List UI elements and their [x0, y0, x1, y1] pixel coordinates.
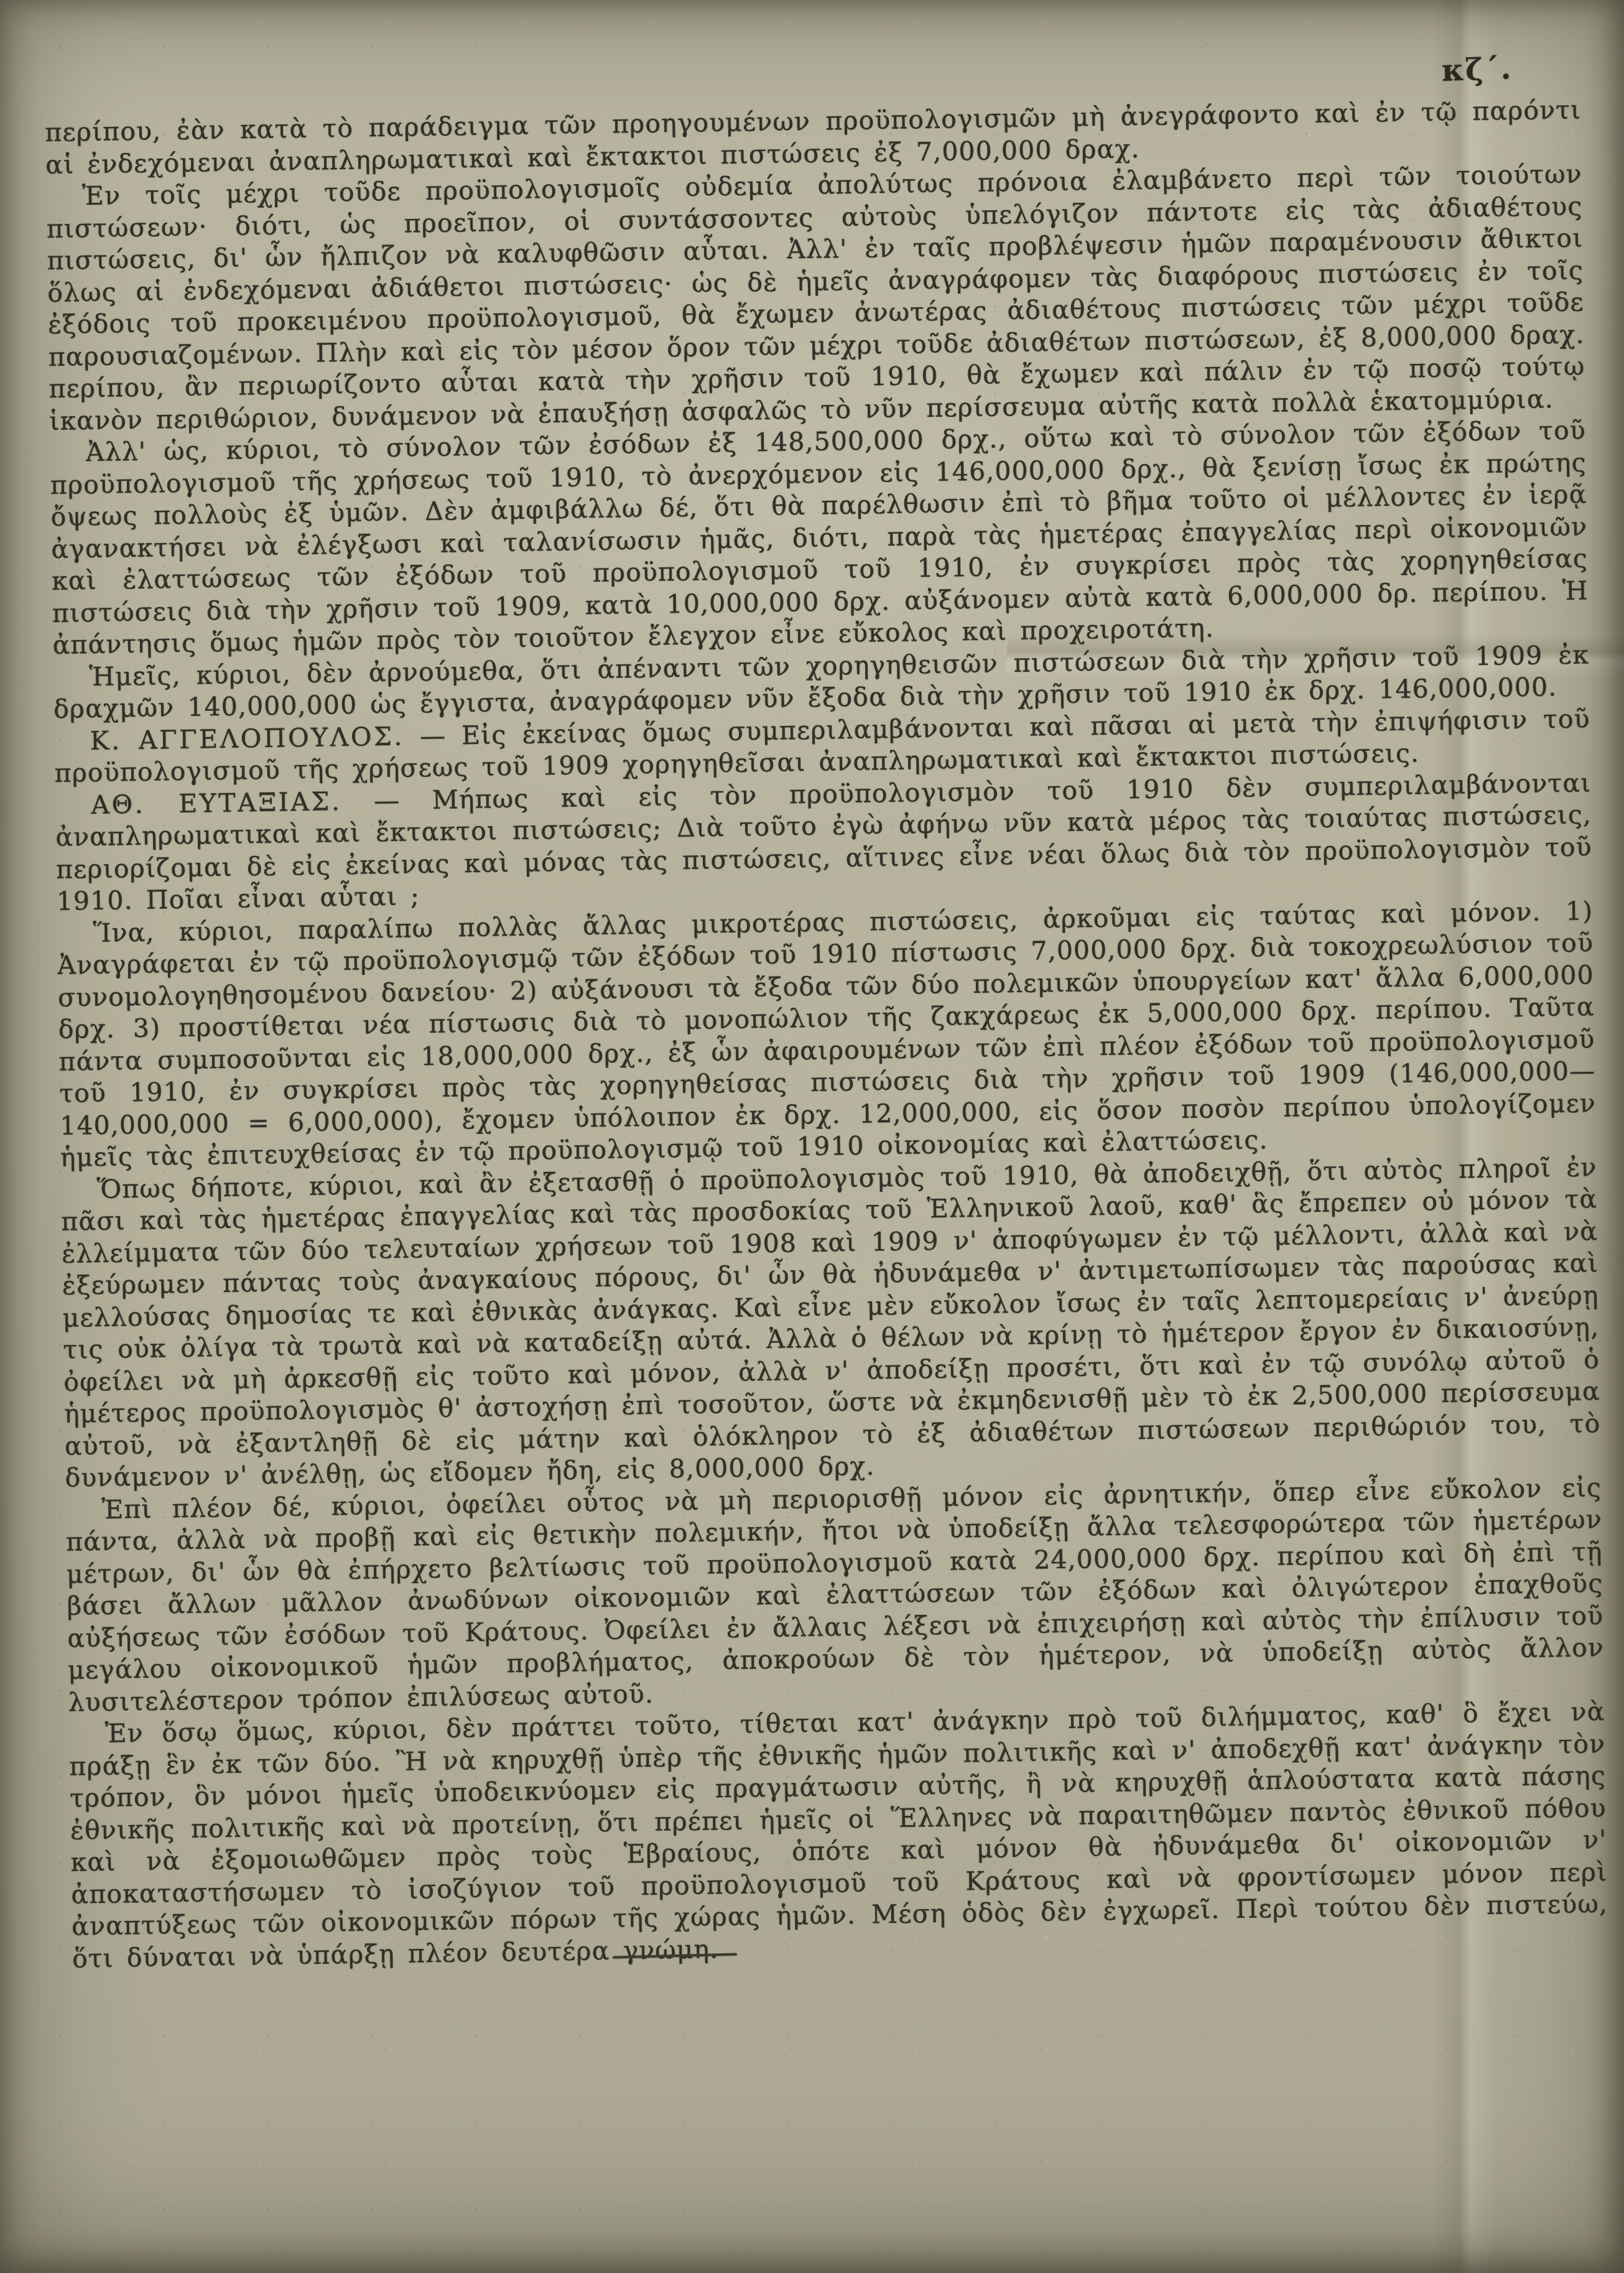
- speaker-name: ΑΘ. ΕΥΤΑΞΙΑΣ.: [91, 786, 342, 820]
- page-number: κζ΄.: [1441, 51, 1513, 88]
- document-text-block: περίπου, ἐὰν κατὰ τὸ παράδειγμα τῶν προη…: [45, 94, 1608, 1974]
- body-paragraph: Ἐν τοῖς μέχρι τοῦδε προϋπολογισμοῖς οὐδε…: [46, 158, 1586, 437]
- speech-paragraph: ΑΘ. ΕΥΤΑΞΙΑΣ. — Μήπως καὶ εἰς τὸν προϋπο…: [55, 767, 1593, 918]
- body-paragraph: Ἐν ὅσῳ ὅμως, κύριοι, δὲν πράττει τοῦτο, …: [68, 1696, 1608, 1975]
- body-paragraph: Ἵνα, κύριοι, παραλίπω πολλὰς ἄλλας μικρο…: [57, 895, 1597, 1174]
- body-paragraph: Ἐπὶ πλέον δέ, κύριοι, ὀφείλει οὗτος νὰ μ…: [65, 1472, 1605, 1719]
- scanned-document-page: κζ΄. περίπου, ἐὰν κατὰ τὸ παράδειγμα τῶν…: [0, 0, 1624, 2273]
- body-paragraph: Ἀλλ' ὡς, κύριοι, τὸ σύνολον τῶν ἐσόδων ἐ…: [50, 414, 1589, 661]
- body-paragraph: Ὅπως δήποτε, κύριοι, καὶ ἂν ἐξετασθῇ ὁ π…: [60, 1151, 1601, 1495]
- speaker-name: Κ. ΑΓΓΕΛΟΠΟΥΛΟΣ.: [90, 721, 405, 755]
